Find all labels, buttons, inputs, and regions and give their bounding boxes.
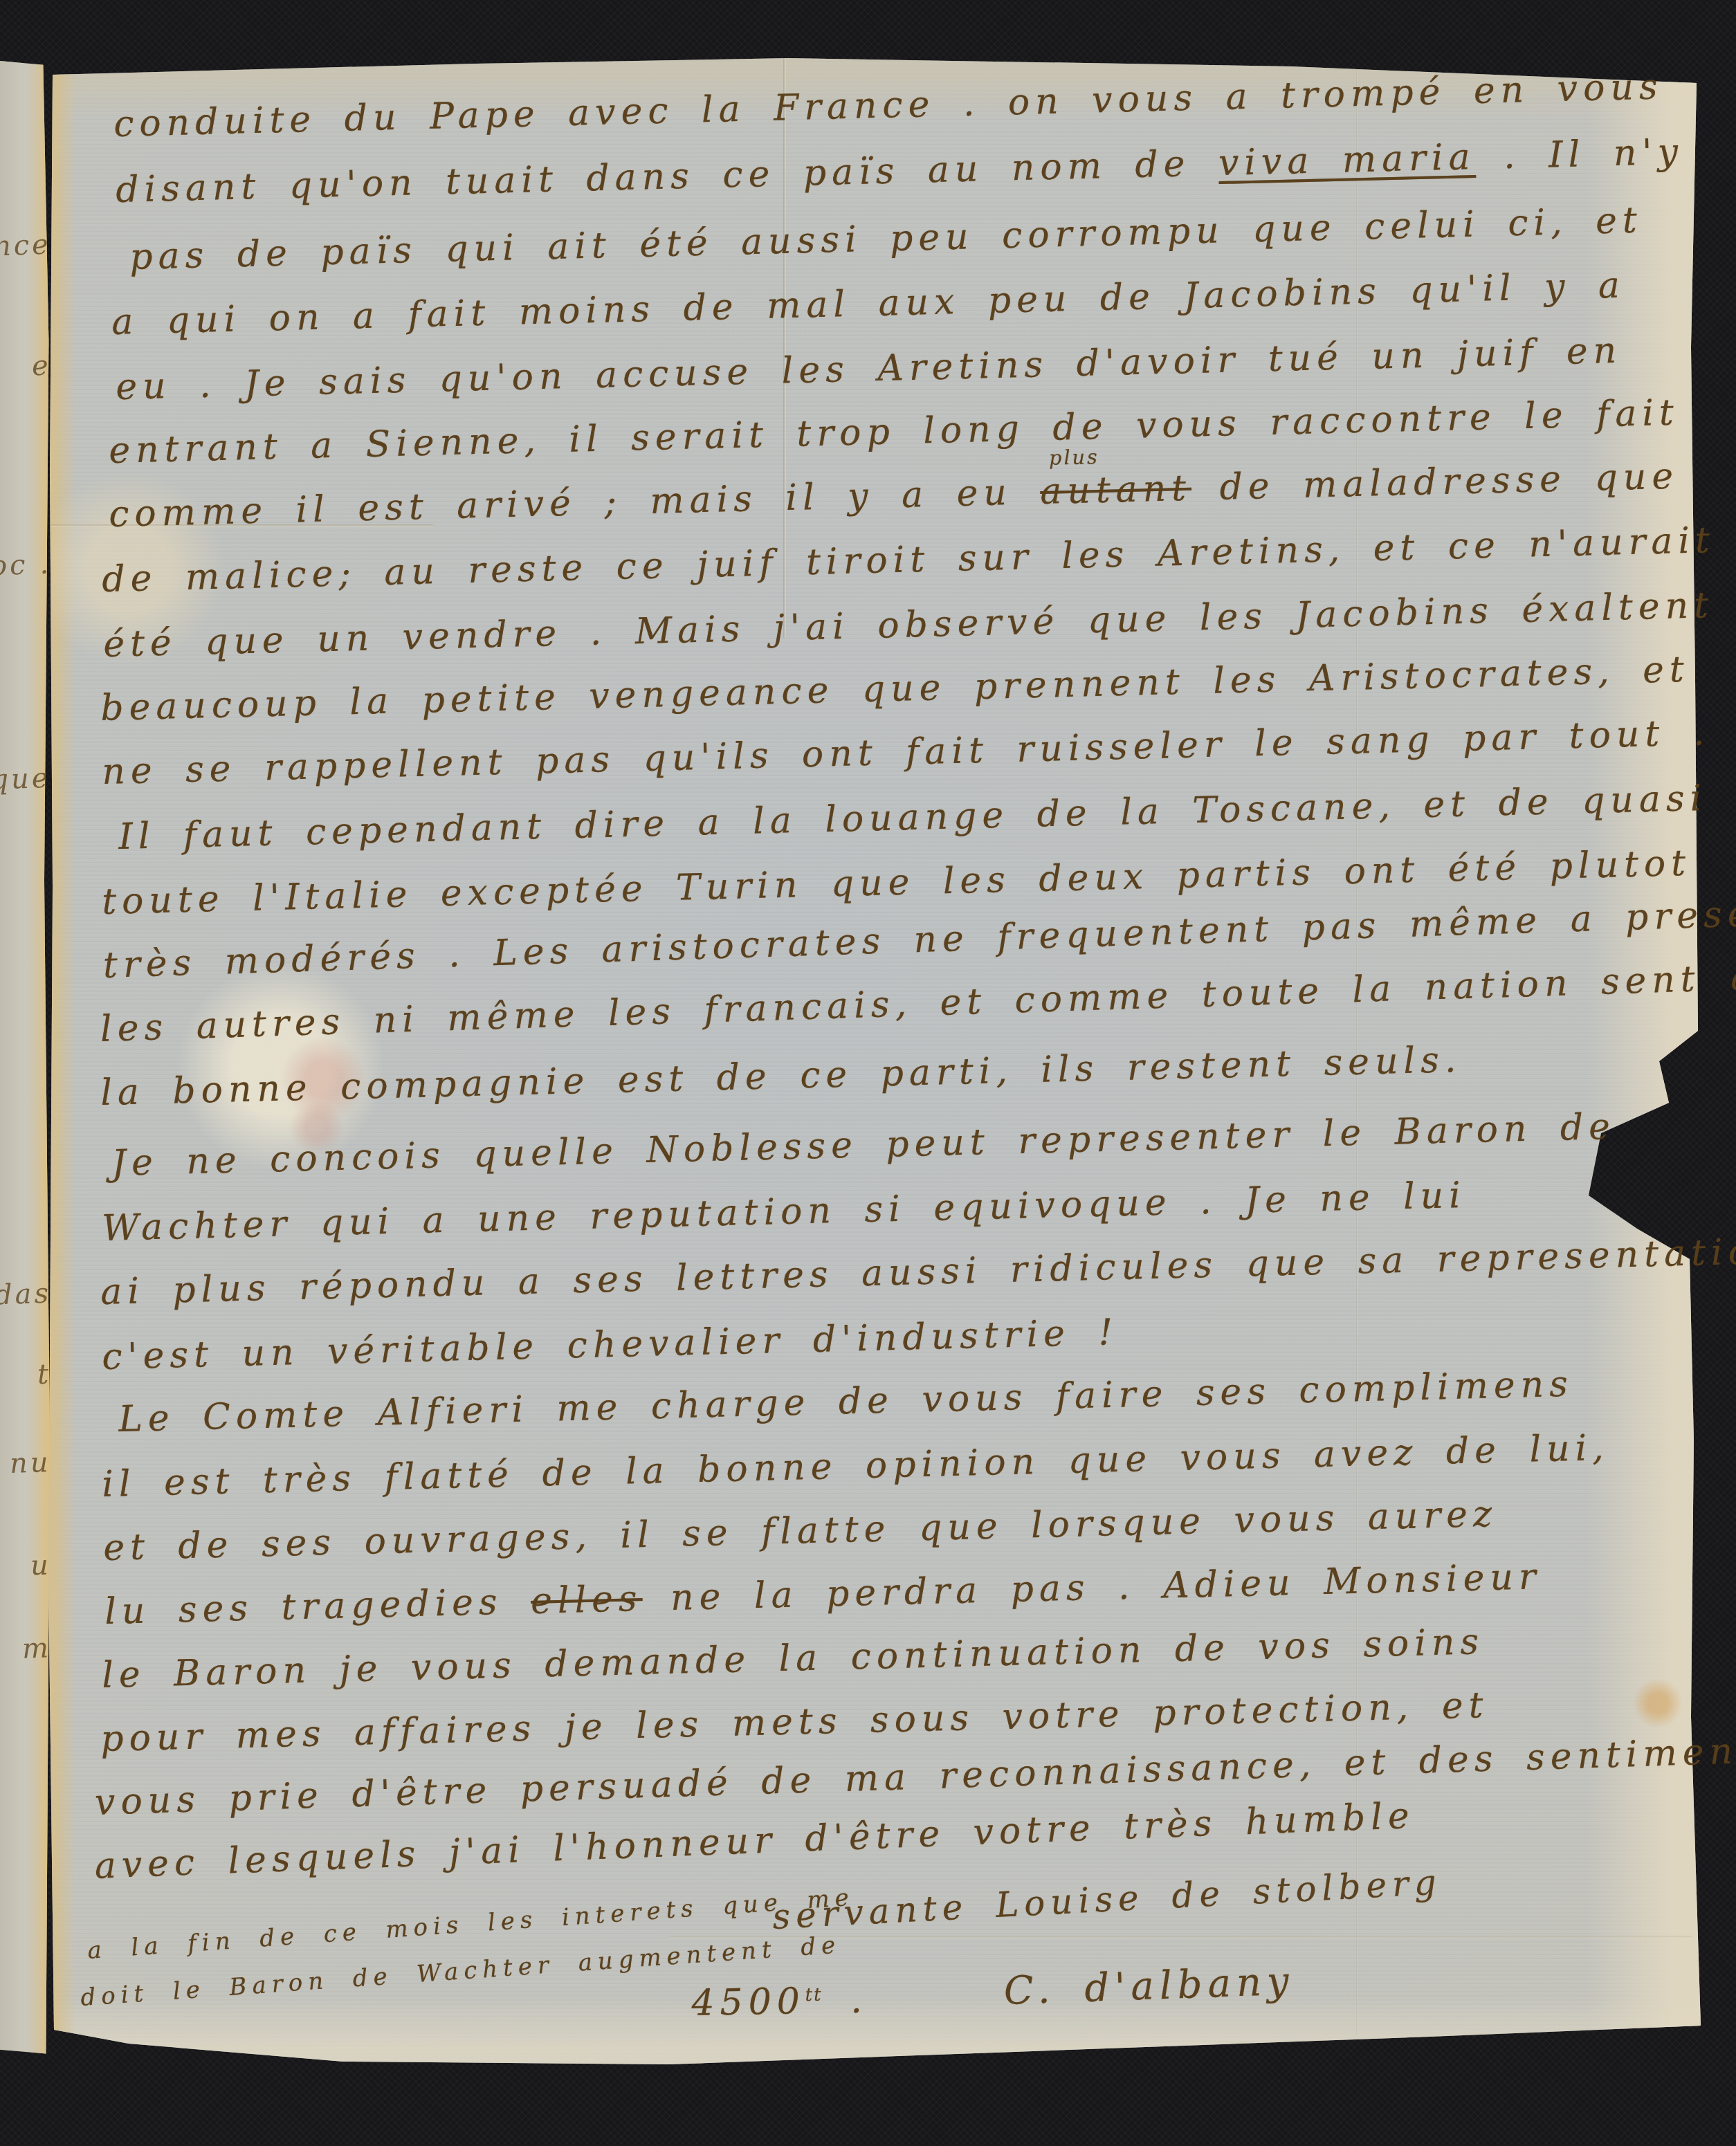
adjacent-page-text-fragment: t <box>37 1359 52 1391</box>
vertical-fold-crease <box>783 57 786 638</box>
horizontal-fold-crease <box>46 524 433 527</box>
adjacent-page-text-fragment: m <box>21 1632 52 1664</box>
adjacent-page-text-fragment: oc . <box>0 548 52 582</box>
adjacent-page-text-fragment: nique <box>0 762 52 798</box>
adjacent-page-text-fragment: das <box>0 1278 52 1312</box>
adjacent-page-text-fragment: e <box>32 350 52 383</box>
letter-page <box>46 57 1705 2071</box>
horizontal-fold-crease <box>668 1936 1692 1938</box>
adjacent-page-edge: nceeoc .niquedastnuum <box>0 61 55 2062</box>
adjacent-page-text-fragment: nu <box>10 1447 52 1480</box>
adjacent-page-text-fragment: nce <box>0 229 52 263</box>
vertical-fold-crease <box>1356 57 1358 2035</box>
